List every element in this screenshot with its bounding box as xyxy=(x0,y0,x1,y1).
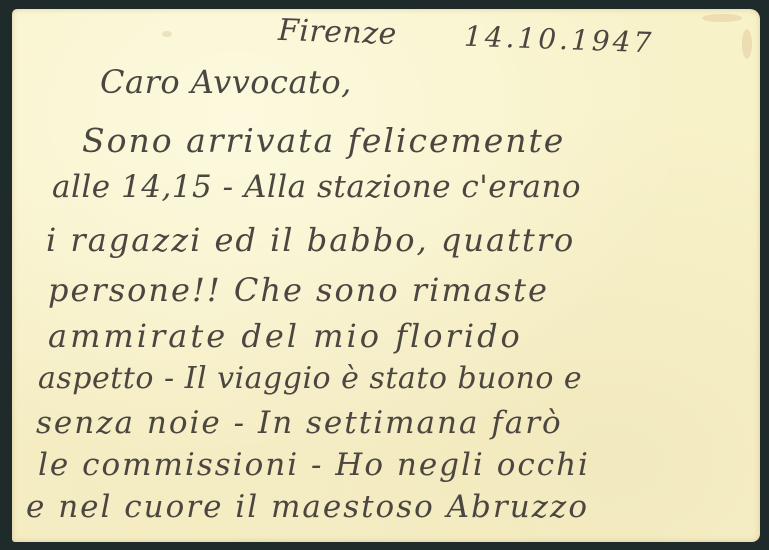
paper-stain xyxy=(702,14,742,22)
letter-line: ammirate del mio florido xyxy=(48,317,523,355)
letter-line: persone!! Che sono rimaste xyxy=(48,271,549,309)
letter-line: Sono arrivata felicemente xyxy=(82,121,565,160)
paper-stain xyxy=(742,29,752,59)
letter-line: aspetto - Il viaggio è stato buono e xyxy=(38,361,582,396)
letter-line: le commissioni - Ho negli occhi xyxy=(38,447,590,483)
place-heading: Firenze xyxy=(277,13,397,52)
letter-line: alle 14,15 - Alla stazione c'erano xyxy=(52,169,581,205)
postcard: Firenze 14.10.1947 Caro Avvocato, Sono a… xyxy=(12,9,760,542)
letter-line: senza noie - In settimana farò xyxy=(36,405,563,441)
salutation: Caro Avvocato, xyxy=(100,63,352,101)
date-heading: 14.10.1947 xyxy=(463,20,654,60)
letter-line: e nel cuore il maestoso Abruzzo xyxy=(26,489,589,525)
letter-line: i ragazzi ed il babbo, quattro xyxy=(46,221,575,259)
paper-stain xyxy=(162,31,172,37)
